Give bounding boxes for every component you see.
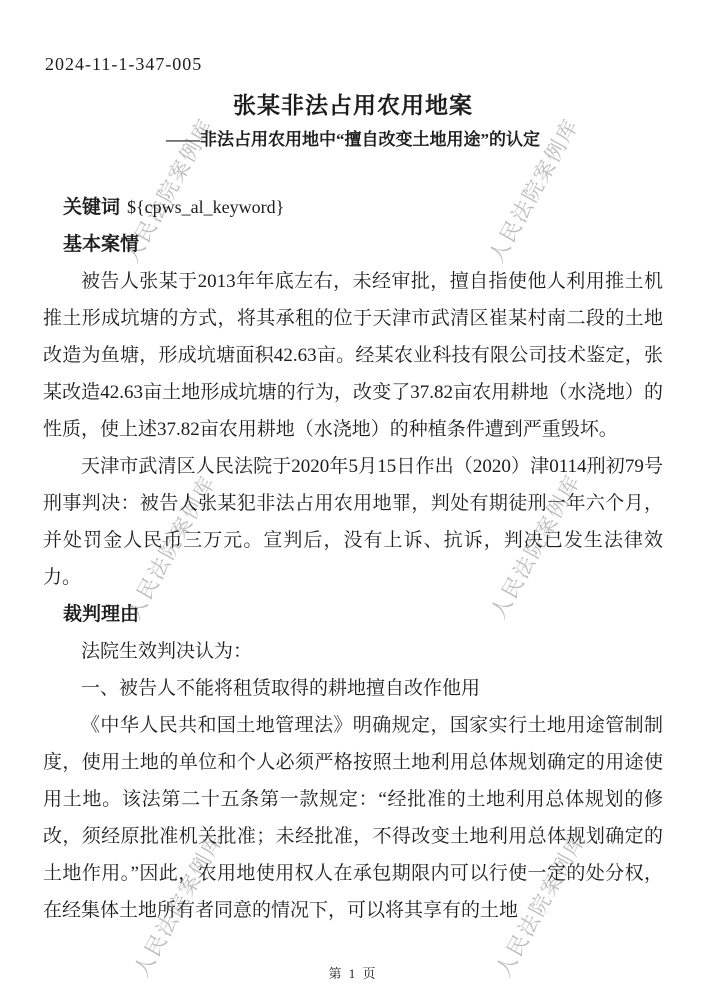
keyword-value: ${cpws_al_keyword} xyxy=(127,197,284,217)
keyword-label: 关键词 xyxy=(63,197,120,218)
paragraph: 一、被告人不能将租赁取得的耕地擅自改作他用 xyxy=(43,670,663,707)
paragraph: 天津市武清区人民法院于2020年5月15日作出（2020）津0114刑初79号刑… xyxy=(43,448,663,596)
section-heading: 基本案情 xyxy=(43,226,663,263)
paragraph: 法院生效判决认为： xyxy=(43,633,663,670)
case-number: 2024-11-1-347-005 xyxy=(45,52,706,76)
paragraph: 被告人张某于2013年年底左右，未经审批，擅自指使他人利用推土机推土形成坑塘的方… xyxy=(43,263,663,448)
case-subtitle: ——非法占用农用地中“擅自改变土地用途”的认定 xyxy=(43,127,663,153)
keyword-line: 关键词${cpws_al_keyword} xyxy=(43,189,663,226)
page-number: 第 1 页 xyxy=(0,963,706,982)
paragraph: 《中华人民共和国土地管理法》明确规定，国家实行土地用途管制制度，使用土地的单位和… xyxy=(43,707,663,929)
document-page: 人民法院案例库人民法院案例库人民法院案例库人民法院案例库人民法院案例库人民法院案… xyxy=(0,0,706,999)
document-body: 关键词${cpws_al_keyword} 基本案情被告人张某于2013年年底左… xyxy=(43,189,663,929)
case-title: 张某非法占用农用地案 xyxy=(43,91,663,121)
section-heading: 裁判理由 xyxy=(43,596,663,633)
